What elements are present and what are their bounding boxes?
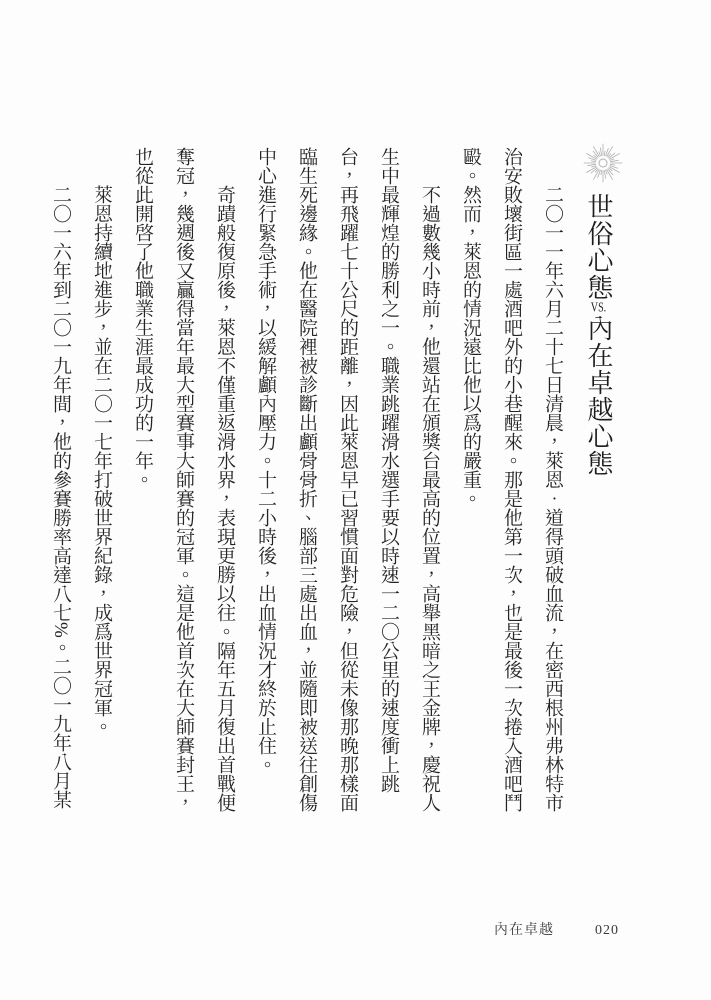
chapter-title: 世俗心態VS.內在卓越心態 — [573, 147, 623, 819]
paragraph: 不過數幾小時前，他還站在頒獎台最高的位置，高舉黑暗之王金牌，慶祝人生中最輝煌的勝… — [245, 147, 450, 819]
book-page: 世俗心態VS.內在卓越心態 二〇一一年六月二十七日清晨，萊恩．道得頭破血流，在密… — [0, 0, 711, 1000]
paragraph: 二〇一六年到二〇一九年間，他的參賽勝率高達八七%。二〇一九年八月某 — [40, 147, 81, 819]
chapter-title-part2: 內在卓越心態 — [584, 315, 613, 477]
paragraph: 萊恩持續地進步，並在二〇一七年打破世界紀錄，成爲世界冠軍。 — [81, 147, 122, 819]
page-footer: 內在卓越 020 — [494, 919, 619, 939]
paragraph: 奇蹟般復原後，萊恩不僅重返滑水界，表現更勝以往。隔年五月復出首戰便奪冠，幾週後又… — [122, 147, 245, 819]
footer-page-number: 020 — [595, 923, 619, 939]
page-content: 世俗心態VS.內在卓越心態 二〇一一年六月二十七日清晨，萊恩．道得頭破血流，在密… — [40, 147, 623, 819]
chapter-title-vs: VS. — [591, 301, 606, 315]
chapter-title-part1: 世俗心態 — [584, 193, 613, 301]
footer-book-title: 內在卓越 — [494, 919, 554, 939]
paragraph: 二〇一一年六月二十七日清晨，萊恩．道得頭破血流，在密西根州弗林特市治安敗壞街區一… — [450, 147, 573, 819]
